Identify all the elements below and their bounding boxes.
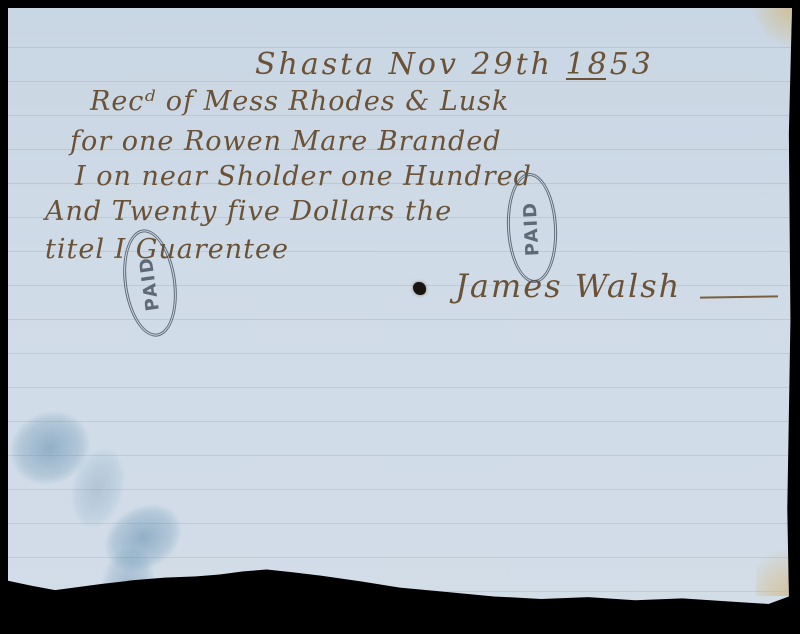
paid-stamp-text: PAID <box>520 200 544 256</box>
receipt-line-4: And Twenty five Dollars the <box>45 198 452 225</box>
receipt-line-2: for one Rowen Mare Branded <box>70 128 502 155</box>
paid-stamp-text: PAID <box>136 254 164 311</box>
ink-blot <box>413 282 426 295</box>
signature: James Walsh <box>455 270 681 302</box>
date-underline <box>566 78 606 80</box>
corner-stain <box>756 536 792 596</box>
receipt-line-1: Recᵈ of Mess Rhodes & Lusk <box>90 88 509 115</box>
corner-stain <box>752 8 792 48</box>
receipt-line-3: I on near Sholder one Hundred <box>75 163 532 190</box>
date-line: Shasta Nov 29th 1853 <box>255 50 654 80</box>
